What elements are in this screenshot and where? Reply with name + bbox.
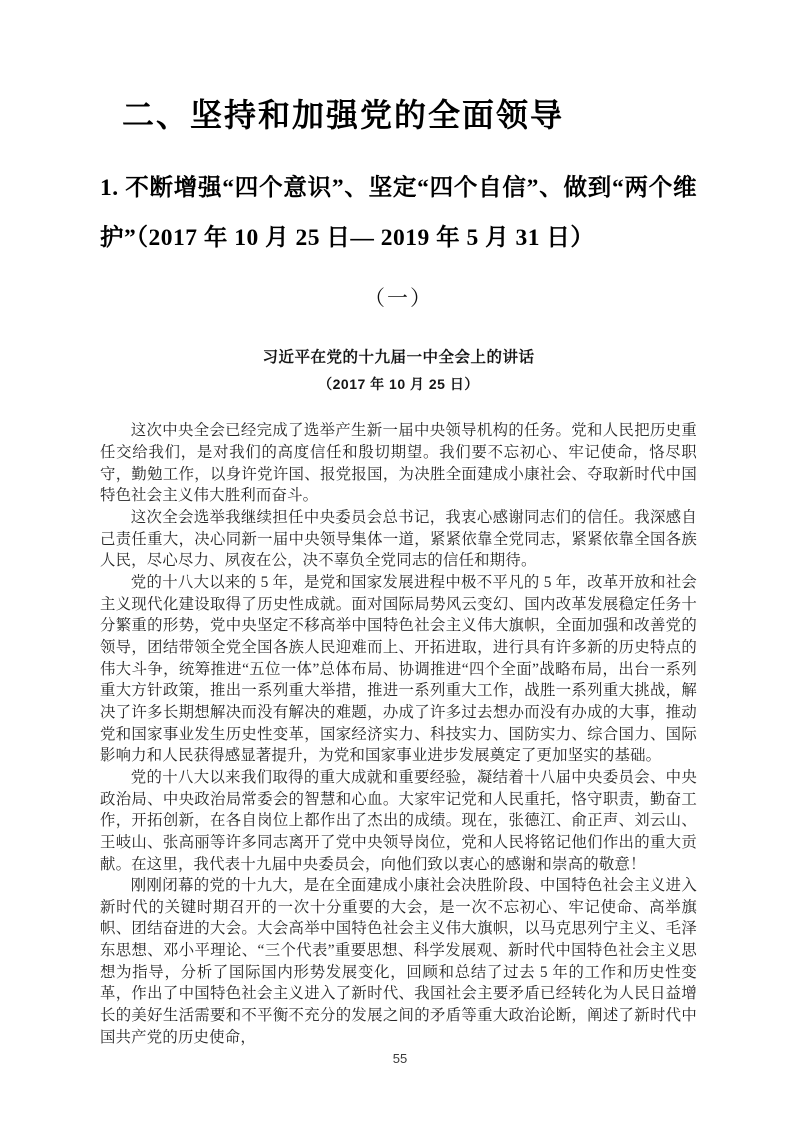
paragraph-4: 党的十八大以来我们取得的重大成就和重要经验，凝结着十八届中央委员会、中央政治局、… xyxy=(100,767,697,875)
paragraph-5: 刚刚闭幕的党的十九大，是在全面建成小康社会决胜阶段、中国特色社会主义进入新时代的… xyxy=(100,875,697,1048)
chapter-title: 二、坚持和加强党的全面领导 xyxy=(100,96,697,134)
section-title: 1. 不断增强“四个意识”、坚定“四个自信”、做到“两个维护”（2017 年 1… xyxy=(100,163,697,263)
page-number: 55 xyxy=(0,1051,800,1066)
paragraph-2: 这次全会选举我继续担任中央委员会总书记，我衷心感谢同志们的信任。我深感自己责任重… xyxy=(100,507,697,572)
paragraph-3: 党的十八大以来的 5 年，是党和国家发展进程中极不平凡的 5 年，改革开放和社会… xyxy=(100,572,697,767)
document-page: 二、坚持和加强党的全面领导 1. 不断增强“四个意识”、坚定“四个自信”、做到“… xyxy=(0,0,800,1133)
speech-date: （2017 年 10 月 25 日） xyxy=(100,374,697,394)
body-text: 这次中央全会已经完成了选举产生新一届中央领导机构的任务。党和人民把历史重任交给我… xyxy=(100,420,697,1048)
part-marker: （一） xyxy=(100,282,697,312)
speech-title: 习近平在党的十九届一中全会上的讲话 xyxy=(100,345,697,367)
page-content: 二、坚持和加强党的全面领导 1. 不断增强“四个意识”、坚定“四个自信”、做到“… xyxy=(100,96,697,1048)
paragraph-1: 这次中央全会已经完成了选举产生新一届中央领导机构的任务。党和人民把历史重任交给我… xyxy=(100,420,697,507)
